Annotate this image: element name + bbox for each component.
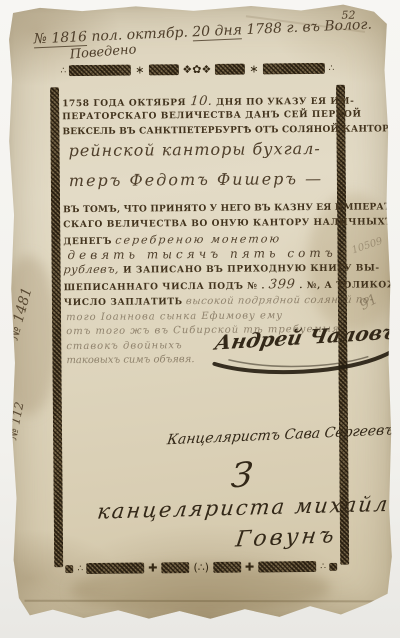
printed-line-2: ператорскаго Величества данъ сей первой: [62, 110, 330, 123]
bottom-signature-surname: Говунъ: [234, 523, 338, 552]
dot-cluster-icon: ∴: [320, 561, 325, 571]
divider-ornament-icon: ∗: [249, 63, 258, 74]
braid-ornament-icon: [258, 561, 316, 573]
bottom-signature-name: канцеляриста михайла: [96, 492, 400, 524]
left-ornament-border: [50, 87, 63, 567]
hand-tail-4: таковыхъ симъ объявя.: [66, 354, 194, 366]
divider-ornament-icon: ∗: [135, 64, 144, 75]
hand-amount-1: девять тысячъ пять сотъ: [67, 246, 336, 262]
printed-date: 1758 года октября: [62, 98, 186, 109]
braid-ornament-icon: [213, 562, 241, 573]
center-mark-icon: (∴): [193, 562, 209, 573]
flourish-mark: З: [229, 455, 254, 497]
printed-line-4: въ томъ, что принято у него въ казну Ея …: [63, 203, 331, 216]
top-annotation: № 1816 пол. октябр. 20 дня 1788 г. въ Во…: [33, 17, 372, 48]
dot-cluster-icon: ∴: [329, 63, 334, 73]
printed-line-1: 1758 года октября 10. дня по указу Ея Им…: [62, 95, 330, 110]
printed-issuer: вексель въ Санктпетербургѣ отъ соляной к…: [62, 124, 400, 137]
braid-ornament-icon: [86, 562, 144, 574]
hand-pay-to: высокой подрядной соляной по-: [186, 294, 375, 307]
scanned-document: № 1816 пол. октябр. 20 дня 1788 г. въ Во…: [0, 0, 400, 638]
hand-amount-2: рублевъ,: [63, 264, 120, 275]
braid-ornament-icon: [161, 562, 189, 573]
braid-ornament-icon: [263, 63, 325, 75]
mixed-line-7: рублевъ, и записано въ приходную книгу в…: [64, 262, 332, 277]
printed-pay-order: число заплатить: [64, 297, 183, 308]
annotation-text: пол. октябр.: [91, 25, 188, 45]
payee-line-1: рейнской канторы бухгал-: [69, 139, 321, 160]
right-margin-number-upper: 10509: [351, 236, 385, 257]
main-signature-block: Андрей Чаловъ: [216, 324, 400, 386]
paper-crease: [25, 600, 375, 603]
printed-number-pre: шеписаннаго числа подъ № .: [64, 281, 265, 293]
paper-sheet: № 1816 пол. октябр. 20 дня 1788 г. въ Во…: [5, 2, 394, 621]
cross-ornament-icon: ✚: [148, 562, 157, 573]
printed-number-post: . №, а толикожъ: [299, 280, 400, 291]
printed-decree: дня по указу Ея Им-: [216, 97, 354, 108]
cross-ornament-icon: ✚: [245, 562, 254, 573]
hand-money-kind: серебреною монетою: [115, 233, 282, 245]
dot-cluster-icon: ∴: [60, 66, 65, 76]
left-margin-number-upper: № 1481: [6, 286, 36, 342]
mixed-line-8: шеписаннаго числа подъ № . 399 . №, а то…: [64, 279, 332, 294]
mixed-line-9: число заплатить высокой подрядной соляно…: [64, 295, 332, 309]
printed-line-5: скаго Величества во оную кантору наличны…: [63, 218, 331, 231]
hand-entry-number: 399: [268, 279, 296, 290]
top-ornament-border: ∴ ∗ ❖✿❖ ∗ ∴: [42, 63, 352, 77]
braid-ornament-icon: [215, 64, 245, 75]
floret-ornament-icon: ❖✿❖: [182, 64, 211, 75]
printed-line-3: вексель въ Санктпетербургѣ отъ соляной к…: [62, 124, 330, 138]
payee-line-2: теръ Федотъ Фишеръ —: [69, 169, 323, 190]
clerk-signature: Канцеляристъ Сава Сергеевъ: [166, 422, 395, 448]
register-number: № 1816: [33, 29, 87, 48]
bottom-ornament-border: ∴ ✚ (∴) ✚ ∴: [46, 561, 356, 575]
corner-number: 52: [341, 9, 355, 22]
hand-day: 10.: [189, 96, 213, 107]
annotation-day: 20 дня: [192, 22, 242, 41]
dot-cluster-icon: ∴: [77, 564, 82, 574]
corner-knot-icon: [65, 565, 73, 573]
hand-tail-3: ставокъ двойныхъ: [66, 340, 182, 352]
paper-stain: [0, 255, 59, 416]
braid-ornament-icon: [69, 65, 131, 77]
braid-ornament-icon: [148, 64, 178, 75]
printed-money-word: денегъ: [63, 237, 112, 247]
signature-swash-icon: [208, 344, 398, 380]
hand-tail-1: того Іоаннова сынка Ефимову ему: [66, 310, 283, 323]
corner-knot-icon: [329, 562, 337, 570]
left-margin-number-lower: № 112: [5, 401, 26, 441]
